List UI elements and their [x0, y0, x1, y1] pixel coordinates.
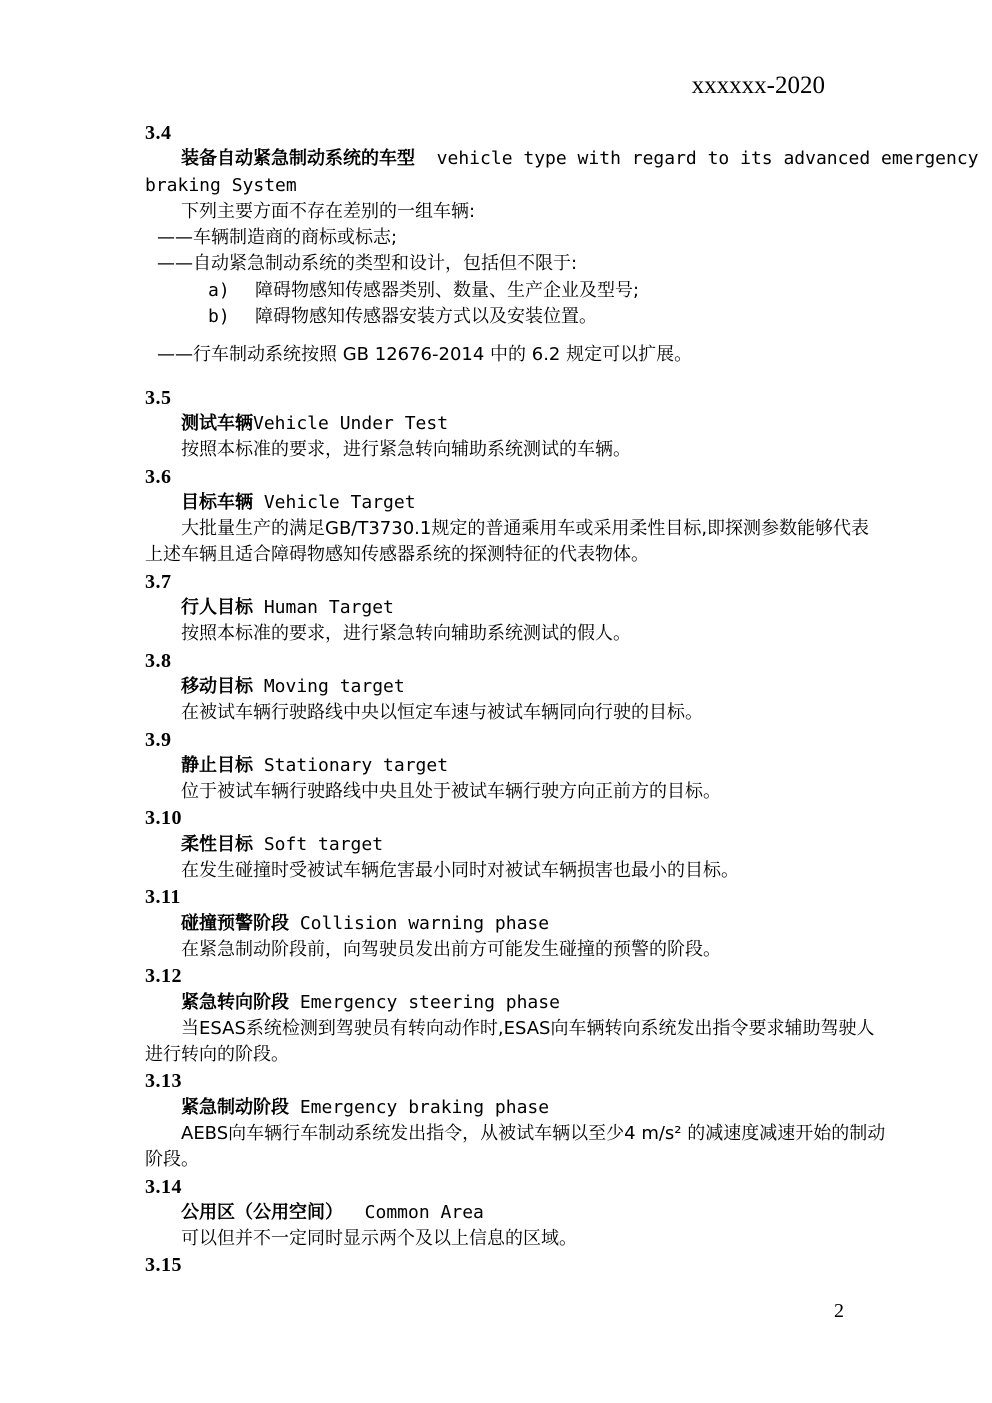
term-heading: 目标车辆 Vehicle Target [145, 490, 885, 516]
section-3-5: 3.5 测试车辆Vehicle Under Test 按照本标准的要求，进行紧急… [145, 385, 885, 464]
definition-line: 进行转向的阶段。 [145, 1042, 885, 1068]
term-en: Stationary target [253, 755, 448, 776]
term-en-continuation: braking System [145, 173, 885, 199]
section-3-10: 3.10 柔性目标 Soft target 在发生碰撞时受被试车辆危害最小同时对… [145, 805, 885, 884]
term-en: Human Target [253, 597, 394, 618]
term-cn: 碰撞预警阶段 [181, 913, 289, 934]
definition-line: 在发生碰撞时受被试车辆危害最小同时对被试车辆损害也最小的目标。 [145, 858, 885, 884]
definition-line: 在紧急制动阶段前，向驾驶员发出前方可能发生碰撞的预警的阶段。 [145, 937, 885, 963]
term-en: vehicle type with regard to its advanced… [415, 148, 979, 169]
section-3-12: 3.12 紧急转向阶段 Emergency steering phase 当ES… [145, 963, 885, 1068]
term-cn: 紧急转向阶段 [181, 992, 289, 1013]
section-3-4: 3.4 装备自动紧急制动系统的车型 vehicle type with rega… [145, 120, 885, 369]
section-number: 3.5 [145, 385, 885, 411]
term-heading: 碰撞预警阶段 Collision warning phase [145, 911, 885, 937]
term-heading: 紧急制动阶段 Emergency braking phase [145, 1095, 885, 1121]
definition-line: 按照本标准的要求，进行紧急转向辅助系统测试的车辆。 [145, 437, 885, 463]
term-heading: 装备自动紧急制动系统的车型 vehicle type with regard t… [145, 146, 885, 172]
section-number: 3.11 [145, 884, 885, 910]
section-3-14: 3.14 公用区（公用空间） Common Area 可以但并不一定同时显示两个… [145, 1174, 885, 1253]
section-number: 3.14 [145, 1174, 885, 1200]
section-number: 3.8 [145, 648, 885, 674]
term-heading: 公用区（公用空间） Common Area [145, 1200, 885, 1226]
term-heading: 行人目标 Human Target [145, 595, 885, 621]
definition-line: 位于被试车辆行驶路线中央且处于被试车辆行驶方向正前方的目标。 [145, 779, 885, 805]
term-heading: 测试车辆Vehicle Under Test [145, 411, 885, 437]
section-3-11: 3.11 碰撞预警阶段 Collision warning phase 在紧急制… [145, 884, 885, 963]
definition-intro: 下列主要方面不存在差别的一组车辆: [145, 199, 885, 225]
term-en: Vehicle Under Test [253, 413, 448, 434]
document-page: xxxxxx-2020 3.4 装备自动紧急制动系统的车型 vehicle ty… [0, 0, 992, 1403]
term-cn: 静止目标 [181, 755, 253, 776]
list-marker: b) [208, 304, 255, 330]
definition-line: 大批量生产的满足GB/T3730.1规定的普通乘用车或采用柔性目标,即探测参数能… [145, 516, 885, 542]
section-number: 3.10 [145, 805, 885, 831]
section-number: 3.6 [145, 464, 885, 490]
list-item-b: b)障碍物感知传感器安装方式以及安装位置。 [145, 304, 885, 330]
section-number: 3.4 [145, 120, 885, 146]
definition-line: 按照本标准的要求，进行紧急转向辅助系统测试的假人。 [145, 621, 885, 647]
section-number: 3.12 [145, 963, 885, 989]
term-en: Emergency steering phase [289, 992, 560, 1013]
section-3-6: 3.6 目标车辆 Vehicle Target 大批量生产的满足GB/T3730… [145, 464, 885, 569]
document-body: 3.4 装备自动紧急制动系统的车型 vehicle type with rega… [145, 120, 885, 1279]
term-cn: 柔性目标 [181, 834, 253, 855]
term-cn: 目标车辆 [181, 492, 253, 513]
term-cn: 紧急制动阶段 [181, 1097, 289, 1118]
section-3-9: 3.9 静止目标 Stationary target 位于被试车辆行驶路线中央且… [145, 727, 885, 806]
section-number: 3.9 [145, 727, 885, 753]
list-marker: a) [208, 278, 255, 304]
term-en: Emergency braking phase [289, 1097, 549, 1118]
term-en: Moving target [253, 676, 405, 697]
definition-line: AEBS向车辆行车制动系统发出指令，从被试车辆以至少4 m/s² 的减速度减速开… [145, 1121, 885, 1147]
section-3-15: 3.15 [145, 1252, 885, 1278]
term-heading: 紧急转向阶段 Emergency steering phase [145, 990, 885, 1016]
dash-item: ——自动紧急制动系统的类型和设计，包括但不限于: [145, 251, 885, 277]
definition-line: 上述车辆且适合障碍物感知传感器系统的探测特征的代表物体。 [145, 542, 885, 568]
section-number: 3.15 [145, 1252, 885, 1278]
term-cn: 测试车辆 [181, 413, 253, 434]
term-heading: 静止目标 Stationary target [145, 753, 885, 779]
term-heading: 柔性目标 Soft target [145, 832, 885, 858]
term-cn: 移动目标 [181, 676, 253, 697]
section-number: 3.13 [145, 1068, 885, 1094]
section-3-7: 3.7 行人目标 Human Target 按照本标准的要求，进行紧急转向辅助系… [145, 569, 885, 648]
term-cn: 装备自动紧急制动系统的车型 [181, 148, 415, 169]
section-3-8: 3.8 移动目标 Moving target 在被试车辆行驶路线中央以恒定车速与… [145, 648, 885, 727]
list-item-a: a)障碍物感知传感器类别、数量、生产企业及型号; [145, 278, 885, 304]
term-cn: 行人目标 [181, 597, 253, 618]
section-number: 3.7 [145, 569, 885, 595]
term-en: Collision warning phase [289, 913, 549, 934]
term-en: Soft target [253, 834, 383, 855]
dash-item: ——车辆制造商的商标或标志; [145, 225, 885, 251]
definition-line: 在被试车辆行驶路线中央以恒定车速与被试车辆同向行驶的目标。 [145, 700, 885, 726]
definition-line: 阶段。 [145, 1147, 885, 1173]
page-number: 2 [834, 1300, 844, 1323]
section-3-13: 3.13 紧急制动阶段 Emergency braking phase AEBS… [145, 1068, 885, 1173]
term-en: Vehicle Target [253, 492, 416, 513]
definition-line: 当ESAS系统检测到驾驶员有转向动作时,ESAS向车辆转向系统发出指令要求辅助驾… [145, 1016, 885, 1042]
term-en: Common Area [343, 1202, 484, 1223]
document-code: xxxxxx-2020 [692, 72, 825, 100]
definition-line: 可以但并不一定同时显示两个及以上信息的区域。 [145, 1226, 885, 1252]
term-cn: 公用区（公用空间） [181, 1202, 343, 1223]
dash-item: ——行车制动系统按照 GB 12676-2014 中的 6.2 规定可以扩展。 [145, 342, 885, 368]
term-heading: 移动目标 Moving target [145, 674, 885, 700]
